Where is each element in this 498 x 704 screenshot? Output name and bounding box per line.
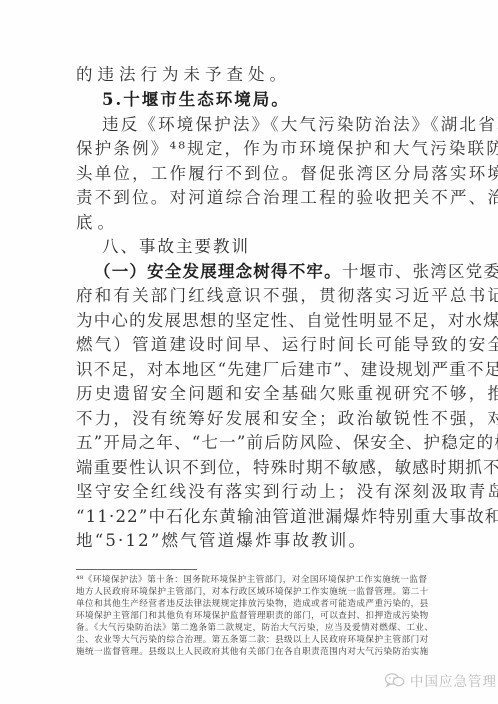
- footnote-line: ⁴⁸《环境保护法》第十条：国务院环境保护主管部门，对全国环境保护工作实施统一监督…: [76, 574, 428, 586]
- footnote-line: 地方人民政府环境保护主管部门，对本行政区域环境保护工作实施统一监督管理。第二十五…: [76, 586, 428, 598]
- body-line: 坚守安全红线没有落实到行动上；没有深刻汲取青岛市: [76, 480, 424, 504]
- body-line: 的违法行为未予查处。: [76, 63, 424, 87]
- body-line: 五”开局之年、“七一”前后防风险、保安全、护稳定的极: [76, 431, 424, 455]
- body-line: 识不足，对本地区“先建厂后建市”、建设规划严重不足等: [76, 358, 424, 382]
- body-line: 保护条例》⁴⁸规定，作为市环境保护和大气污染联防联控牵: [76, 137, 424, 161]
- watermark-text: 中国应急管理: [410, 670, 497, 690]
- body-line: 府和有关部门红线意识不强，贯彻落实习近平总书记以人民: [76, 284, 424, 308]
- body-line: 责不到位。对河道综合治理工程的验收把关不严、治污不彻: [76, 186, 424, 210]
- footnote-line: 尘、农业等大气污染的综合治理。第五条第二款：县级以上人民政府环境保护主管部门对大…: [76, 634, 428, 646]
- body-text: 十堰市、张湾区党委政: [342, 262, 498, 281]
- chapter-heading: 八、事故主要教训: [102, 235, 424, 259]
- subsection-title: 安全发展理念树得不牢。: [147, 262, 342, 281]
- subsection-line: （一）安全发展理念树得不牢。十堰市、张湾区党委政: [94, 260, 424, 284]
- body-line: 底。: [76, 211, 424, 235]
- body-line: 地“5·12”燃气管道爆炸事故教训。: [76, 529, 424, 553]
- footnote-line: 单位和其他生产经营者违反法律法规规定排放污染物，造成或者可能造成严重污染的，县级…: [76, 598, 428, 610]
- wechat-icon: [384, 672, 406, 688]
- subsection-label: （一）: [94, 262, 147, 281]
- body-line: 为中心的发展思想的坚定性、自觉性明显不足，对水煤气（天: [76, 309, 424, 333]
- section-heading: 5.十堰市生态环境局。: [102, 88, 424, 112]
- body-line: 违反《环境保护法》《大气污染防治法》《湖北省环境: [102, 113, 424, 137]
- footnote-line: 环境保护主管部门和其他负有环境保护监督管理职责的部门，可以查封、扣押造成污染物排…: [76, 610, 428, 622]
- body-line: “11·22”中石化东黄输油管道泄漏爆炸特别重大事故和本: [76, 505, 424, 529]
- body-line: 历史遗留安全问题和安全基础欠账重视研究不够，推动解决: [76, 382, 424, 406]
- document-page: 的违法行为未予查处。 5.十堰市生态环境局。 违反《环境保护法》《大气污染防治法…: [0, 0, 498, 704]
- body-line: 不力，没有统筹好发展和安全；政治敏锐性不强，对“十四: [76, 407, 424, 431]
- body-line: 端重要性认识不到位，特殊时期不敏感，敏感时期抓不紧，: [76, 456, 424, 480]
- body-line: 头单位，工作履行不到位。督促张湾区分局落实环境监管职: [76, 162, 424, 186]
- footnote-line: 施统一监督管理。县级以上人民政府其他有关部门在各自职责范围内对大气污染防治实施监…: [76, 646, 428, 658]
- footnote-line: 备。《大气污染防治法》第二逸条第二款规定，防治大气污染，应当及爱情对燃煤、工业、…: [76, 622, 428, 634]
- body-line: 燃气）管道建设时间早、运行时间长可能导致的安全隐患认: [76, 333, 424, 357]
- footnote-separator: [76, 569, 197, 570]
- watermark: 中国应急管理: [384, 671, 497, 689]
